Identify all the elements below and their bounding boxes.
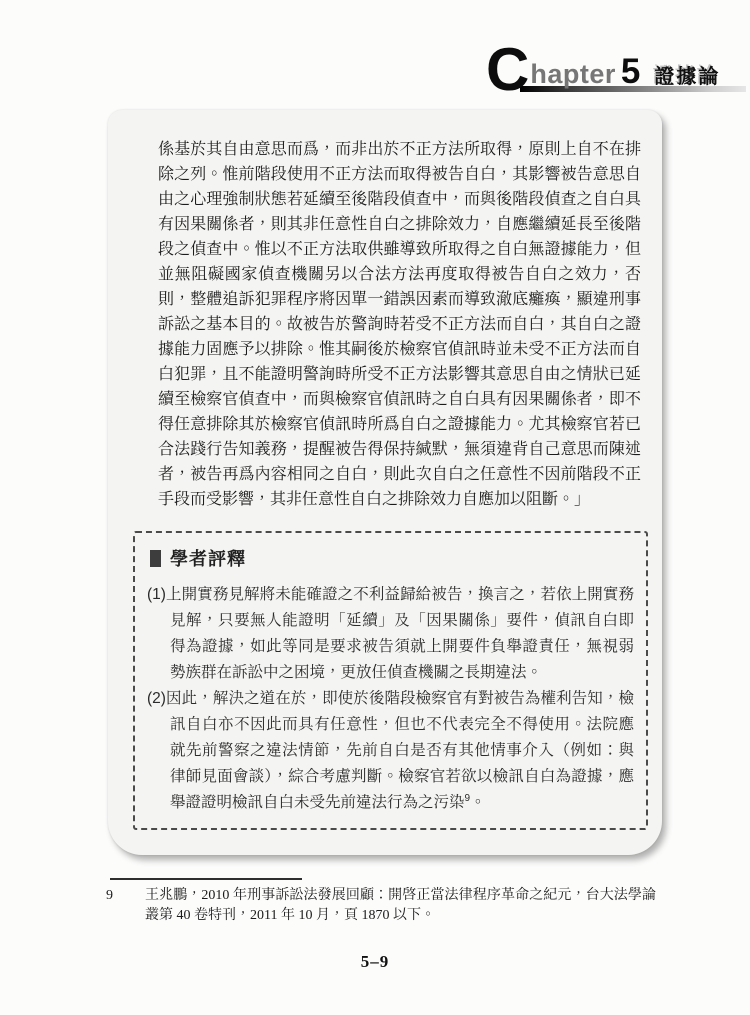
footnote-number: 9: [106, 886, 145, 926]
chapter-title: 證據論: [654, 60, 720, 89]
court-opinion-paragraph: 係基於其自由意思而爲，而非出於不正方法所取得，原則上自不在排除之列。惟前階段使用…: [158, 137, 641, 512]
chapter-number: 5: [621, 52, 640, 92]
item-marker: (1): [147, 586, 166, 603]
item-text: 因此，解決之道在於，即使於後階段檢察官有對被告為權利告知，檢訊自白亦不因此而具有…: [166, 690, 634, 811]
chapter-title-line: C hapter 5 證據論: [486, 40, 750, 92]
item-text: 上開實務見解將未能確證之不利益歸給被告，換言之，若依上開實務見解，只要無人能證明…: [166, 586, 634, 681]
chapter-word: hapter: [530, 59, 616, 90]
page-number: 5–9: [0, 952, 750, 972]
commentary-box-title: 學者評釋: [150, 545, 634, 571]
content-card: 係基於其自由意思而爲，而非出於不正方法所取得，原則上自不在排除之列。惟前階段使用…: [108, 110, 662, 855]
section-marker-icon: [150, 550, 161, 567]
footnote: 9 王兆鵬，2010 年刑事訴訟法發展回顧：開啓正當法律程序革命之紀元，台大法學…: [106, 886, 656, 926]
footnote-separator-rule: [110, 878, 302, 880]
chapter-header: C hapter 5 證據論: [486, 40, 750, 100]
commentary-title-text: 學者評釋: [170, 549, 246, 569]
item-text-tail: 。: [470, 794, 486, 811]
item-marker: (2): [147, 690, 166, 707]
commentary-item-1: (1)上開實務見解將未能確證之不利益歸給被告，換言之，若依上開實務見解，只要無人…: [147, 582, 634, 686]
chapter-initial-letter: C: [486, 47, 529, 93]
book-page: { "header": { "chapter_initial": "C", "c…: [0, 0, 750, 1015]
footnote-text: 王兆鵬，2010 年刑事訴訟法發展回顧：開啓正當法律程序革命之紀元，台大法學論叢…: [145, 886, 656, 926]
commentary-item-2: (2)因此，解決之道在於，即使於後階段檢察官有對被告為權利告知，檢訊自白亦不因此…: [147, 686, 634, 816]
scholar-commentary-box: 學者評釋 (1)上開實務見解將未能確證之不利益歸給被告，換言之，若依上開實務見解…: [133, 531, 648, 830]
